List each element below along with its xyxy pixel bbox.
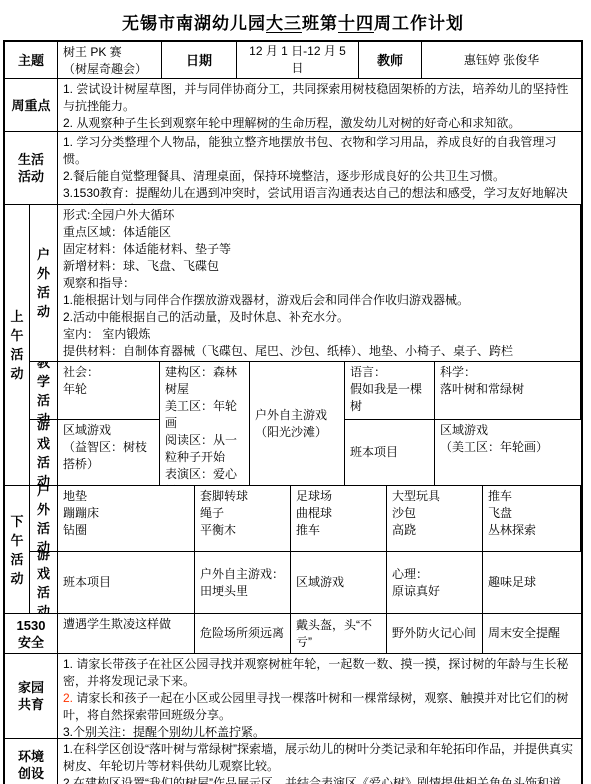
title-pre: 无锡市南湖幼儿园: [122, 14, 266, 33]
week-focus-row: 周重点 1. 尝试设计树屋草图，并与同伴协商分工，共同探索用树枝稳固架桥的方法，…: [5, 78, 581, 131]
plan-table: 主题 树王 PK 赛 （树屋奇趣会） 日期 12 月 1 日-12 月 5 日 …: [3, 40, 583, 784]
safety-row: 1530安全 遭遇学生欺凌这样做 危险场所须远离 戴头盔，头“不亏” 野外防火记…: [5, 613, 581, 653]
afternoon-outdoor-cell-1: 地垫 蹦蹦床 钻圈: [58, 486, 195, 551]
teaching-activity-label: 教学活动: [30, 361, 58, 419]
theme-label: 主题: [5, 42, 58, 78]
afternoon-outdoor-cell-5: 推车 飞盘 丛林探索: [483, 486, 581, 551]
title-week-underlined: 十四: [338, 14, 374, 33]
games-cell-art-area: 区域游戏 （美工区：年轮画）: [435, 419, 581, 485]
morning-outdoor-text: 形式:全园户外大循环 重点区域：体适能区 固定材料：体适能材料、垫子等 新增材料…: [58, 205, 581, 361]
morning-group-label: 上午活动: [5, 205, 30, 485]
safety-cell-3: 戴头盔，头“不亏”: [291, 614, 387, 653]
teaching-cell-science: 科学： 落叶树和常绿树: [435, 361, 581, 419]
afternoon-games-label: 游戏活动: [30, 551, 58, 613]
week-focus-text: 1. 尝试设计树屋草图，并与同伴协商分工，共同探索用树枝稳固架桥的方法，培养幼儿…: [58, 79, 581, 131]
weekly-plan-document: 无锡市南湖幼儿园大三班第十四周工作计划 主题 树王 PK 赛 （树屋奇趣会） 日…: [0, 0, 591, 784]
games-cell-area-game: 区域游戏 （益智区：树枝搭桥）: [58, 419, 160, 485]
merged-outdoor-play-cell: 户外自主游戏 （阳光沙滩）: [250, 361, 345, 485]
environment-row: 环境创设 1.在科学区创设“落叶树与常绿树”探索墙，展示幼儿的树叶分类记录和年轮…: [5, 738, 581, 784]
home-coop-row: 家园共育 1. 请家长带孩子在社区公园寻找并观察树桩年轮，一起数一数、摸一摸，探…: [5, 653, 581, 738]
merged-zone-cell: 建构区：森林树屋 美工区：年轮画 阅读区：从一粒种子开始 表演区：爱心树 益智区…: [160, 361, 250, 485]
safety-cell-4: 野外防火记心间: [387, 614, 483, 653]
environment-text: 1.在科学区创设“落叶树与常绿树”探索墙，展示幼儿的树叶分类记录和年轮拓印作品，…: [58, 739, 581, 784]
home-item-2-number: 2.: [63, 691, 73, 705]
home-coop-label: 家园共育: [5, 654, 58, 738]
title-post: 周工作计划: [374, 14, 464, 33]
life-activity-row: 生活活动 1. 学习分类整理个人物品，能独立整齐地摆放书包、衣物和学习用品，养成…: [5, 131, 581, 204]
afternoon-outdoor-cell-2: 套脚转球 绳子 平衡木: [195, 486, 291, 551]
theme-value: 树王 PK 赛 （树屋奇趣会）: [58, 42, 162, 78]
date-value: 12 月 1 日-12 月 5 日: [237, 42, 359, 78]
afternoon-outdoor-cell-4: 大型玩具 沙包 高跷: [387, 486, 483, 551]
page-title: 无锡市南湖幼儿园大三班第十四周工作计划: [3, 6, 583, 40]
life-activity-text: 1. 学习分类整理个人物品，能独立整齐地摆放书包、衣物和学习用品，养成良好的自我…: [58, 132, 581, 204]
morning-outdoor-label: 户外活动: [30, 205, 58, 361]
afternoon-games-cell-2: 户外自主游戏： 田埂头里: [195, 551, 291, 613]
home-item-2-text: 请家长和孩子一起在小区或公园里寻找一棵落叶树和一棵常绿树，观察、触摸并对比它们的…: [63, 691, 568, 722]
morning-games-label: 游戏活动: [30, 419, 58, 485]
games-cell-class-project: 班本项目: [345, 419, 435, 485]
safety-cell-5: 周末安全提醒: [483, 614, 581, 653]
date-label: 日期: [162, 42, 237, 78]
home-item-3: 3.个别关注：提醒个别幼儿杯盖拧紧。: [63, 725, 265, 738]
afternoon-games-cell-3: 区域游戏: [291, 551, 387, 613]
safety-label: 1530安全: [5, 614, 58, 653]
afternoon-games-cell-5: 趣味足球: [483, 551, 581, 613]
home-item-1: 1. 请家长带孩子在社区公园寻找并观察树桩年轮，一起数一数、摸一摸，探讨树的年龄…: [63, 657, 568, 688]
environment-label: 环境创设: [5, 739, 58, 784]
home-coop-text: 1. 请家长带孩子在社区公园寻找并观察树桩年轮，一起数一数、摸一摸，探讨树的年龄…: [58, 654, 581, 738]
safety-cell-2: 危险场所须远离: [195, 614, 291, 653]
teacher-label: 教师: [359, 42, 422, 78]
morning-activities-group: 上午活动 户外活动 形式:全园户外大循环 重点区域：体适能区 固定材料：体适能材…: [5, 204, 581, 485]
afternoon-group-label: 下午活动: [5, 486, 30, 613]
header-row: 主题 树王 PK 赛 （树屋奇趣会） 日期 12 月 1 日-12 月 5 日 …: [5, 42, 581, 78]
teacher-value: 惠钰婷 张俊华: [422, 42, 581, 78]
teaching-cell-social: 社会： 年轮: [58, 361, 160, 419]
teaching-cell-language: 语言： 假如我是一棵树: [345, 361, 435, 419]
afternoon-outdoor-label: 户外活动: [30, 486, 58, 551]
afternoon-activities-group: 下午活动 户外活动 地垫 蹦蹦床 钻圈 套脚转球 绳子 平衡木 足球场 曲棍球 …: [5, 485, 581, 613]
safety-cell-1: 遭遇学生欺凌这样做: [58, 614, 195, 653]
afternoon-outdoor-cell-3: 足球场 曲棍球 推车: [291, 486, 387, 551]
afternoon-games-cell-4: 心理： 原谅真好: [387, 551, 483, 613]
title-mid: 班第: [302, 14, 338, 33]
week-focus-label: 周重点: [5, 79, 58, 131]
title-class-underlined: 大三: [266, 14, 302, 33]
life-activity-label: 生活活动: [5, 132, 58, 204]
afternoon-games-cell-1: 班本项目: [58, 551, 195, 613]
